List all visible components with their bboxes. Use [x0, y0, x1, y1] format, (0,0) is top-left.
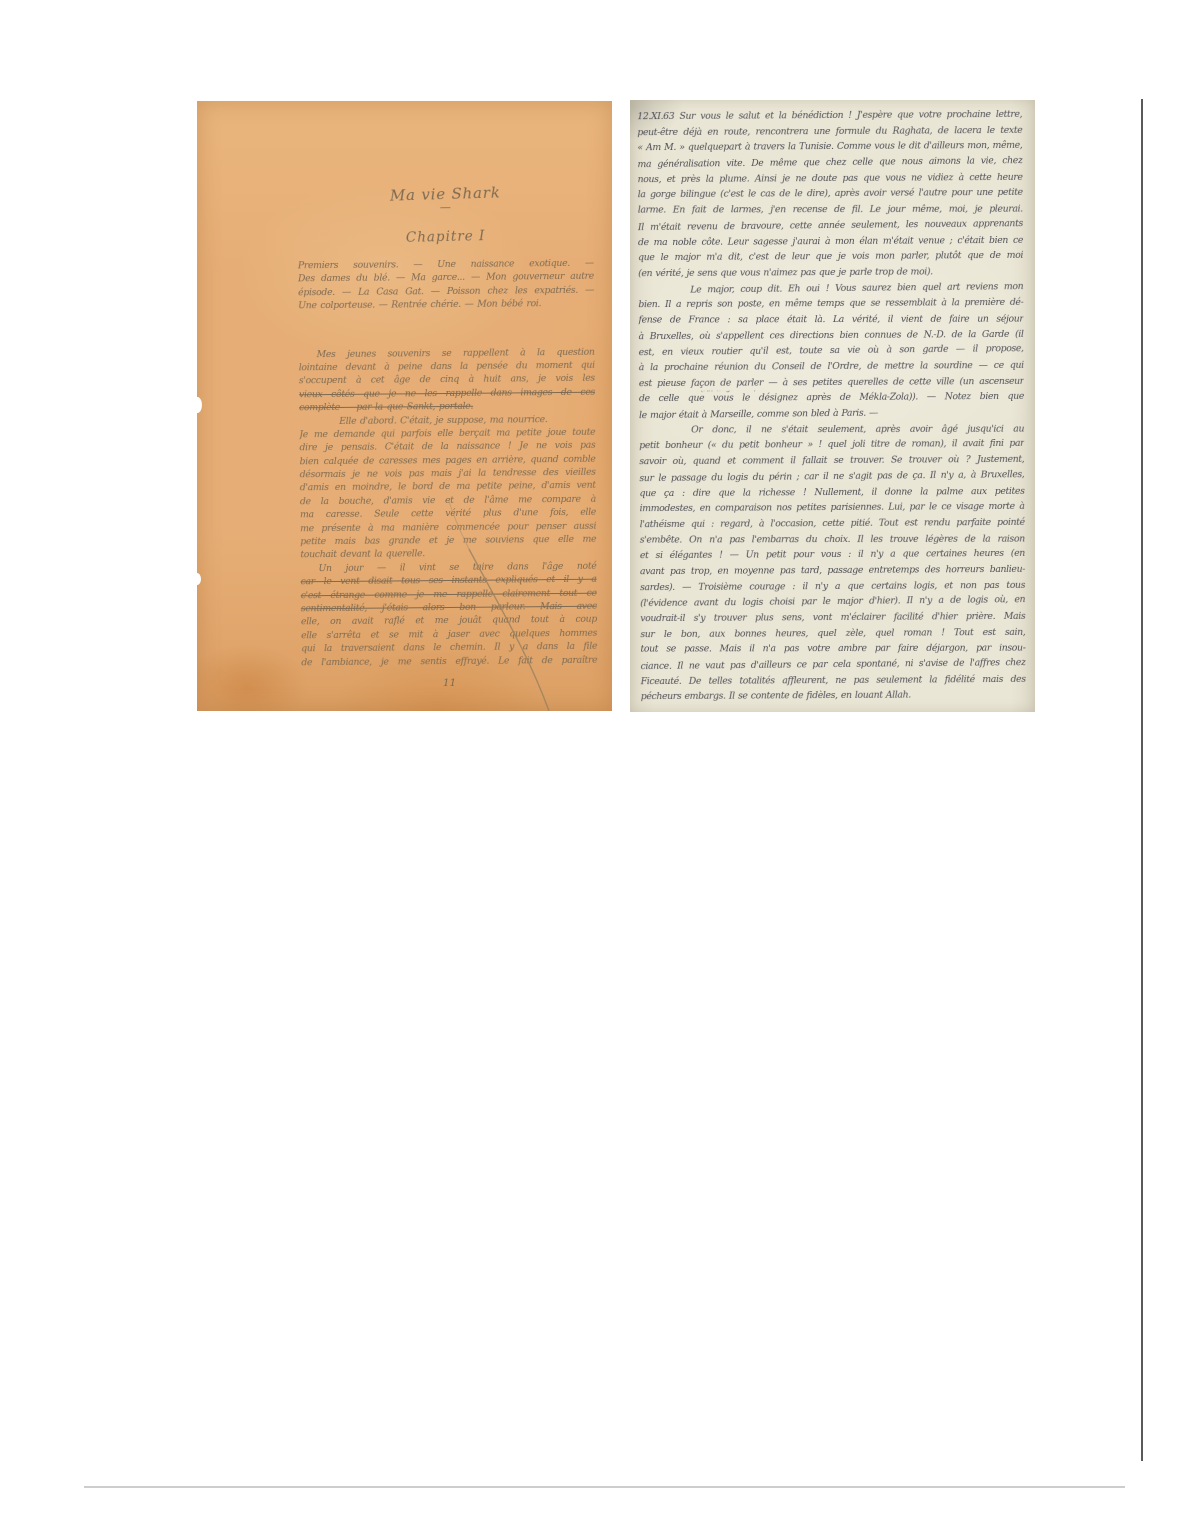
- paper-edge-nick: [193, 397, 202, 413]
- document-scan: Ma vie Shark — Chapitre I Premiers souve…: [0, 0, 1197, 1538]
- paper-edge-nick: [193, 573, 201, 585]
- manuscript-page-right: 12.XI.63 Sur vous le salut et la bénédic…: [630, 100, 1035, 712]
- handwritten-line: Or donc, il ne s'était seulement, après …: [639, 421, 1024, 438]
- divider-horizontal-line: [84, 1486, 1125, 1488]
- page-number: 11: [301, 676, 597, 691]
- handwritten-line: s'embête. On n'a pas l'embarras du choix…: [640, 531, 1025, 548]
- handwritten-line: l'athéisme qui : regard, à l'occasion, c…: [640, 515, 1025, 533]
- handwritten-text-block: 12.XI.63 Sur vous le salut et la bénédic…: [637, 107, 1026, 705]
- divider-vertical-line: [1141, 99, 1143, 1461]
- handwritten-line: de l'ambiance, je me sentis effrayé. Le …: [301, 653, 597, 669]
- handwritten-line: la gorge bilingue (c'est le cas de le di…: [638, 185, 1023, 203]
- chapter-heading: Chapitre I: [297, 226, 593, 249]
- handwritten-line: fense de France : sa place était là. La …: [638, 311, 1023, 328]
- left-page-content: Ma vie Shark — Chapitre I Premiers souve…: [296, 100, 597, 690]
- handwritten-text-block: Premiers souvenirs. — Une naissance exot…: [298, 257, 598, 670]
- title-underline-flourish: —: [297, 202, 593, 215]
- handwritten-line: pécheurs embargs. Il se contente de fidè…: [641, 687, 1026, 705]
- handwritten-line: bien. Il a repris son poste, en même tem…: [638, 295, 1023, 313]
- handwritten-line: Une colporteuse. — Rentrée chérie. — Mon…: [298, 297, 594, 313]
- manuscript-page-left: Ma vie Shark — Chapitre I Premiers souve…: [197, 101, 612, 711]
